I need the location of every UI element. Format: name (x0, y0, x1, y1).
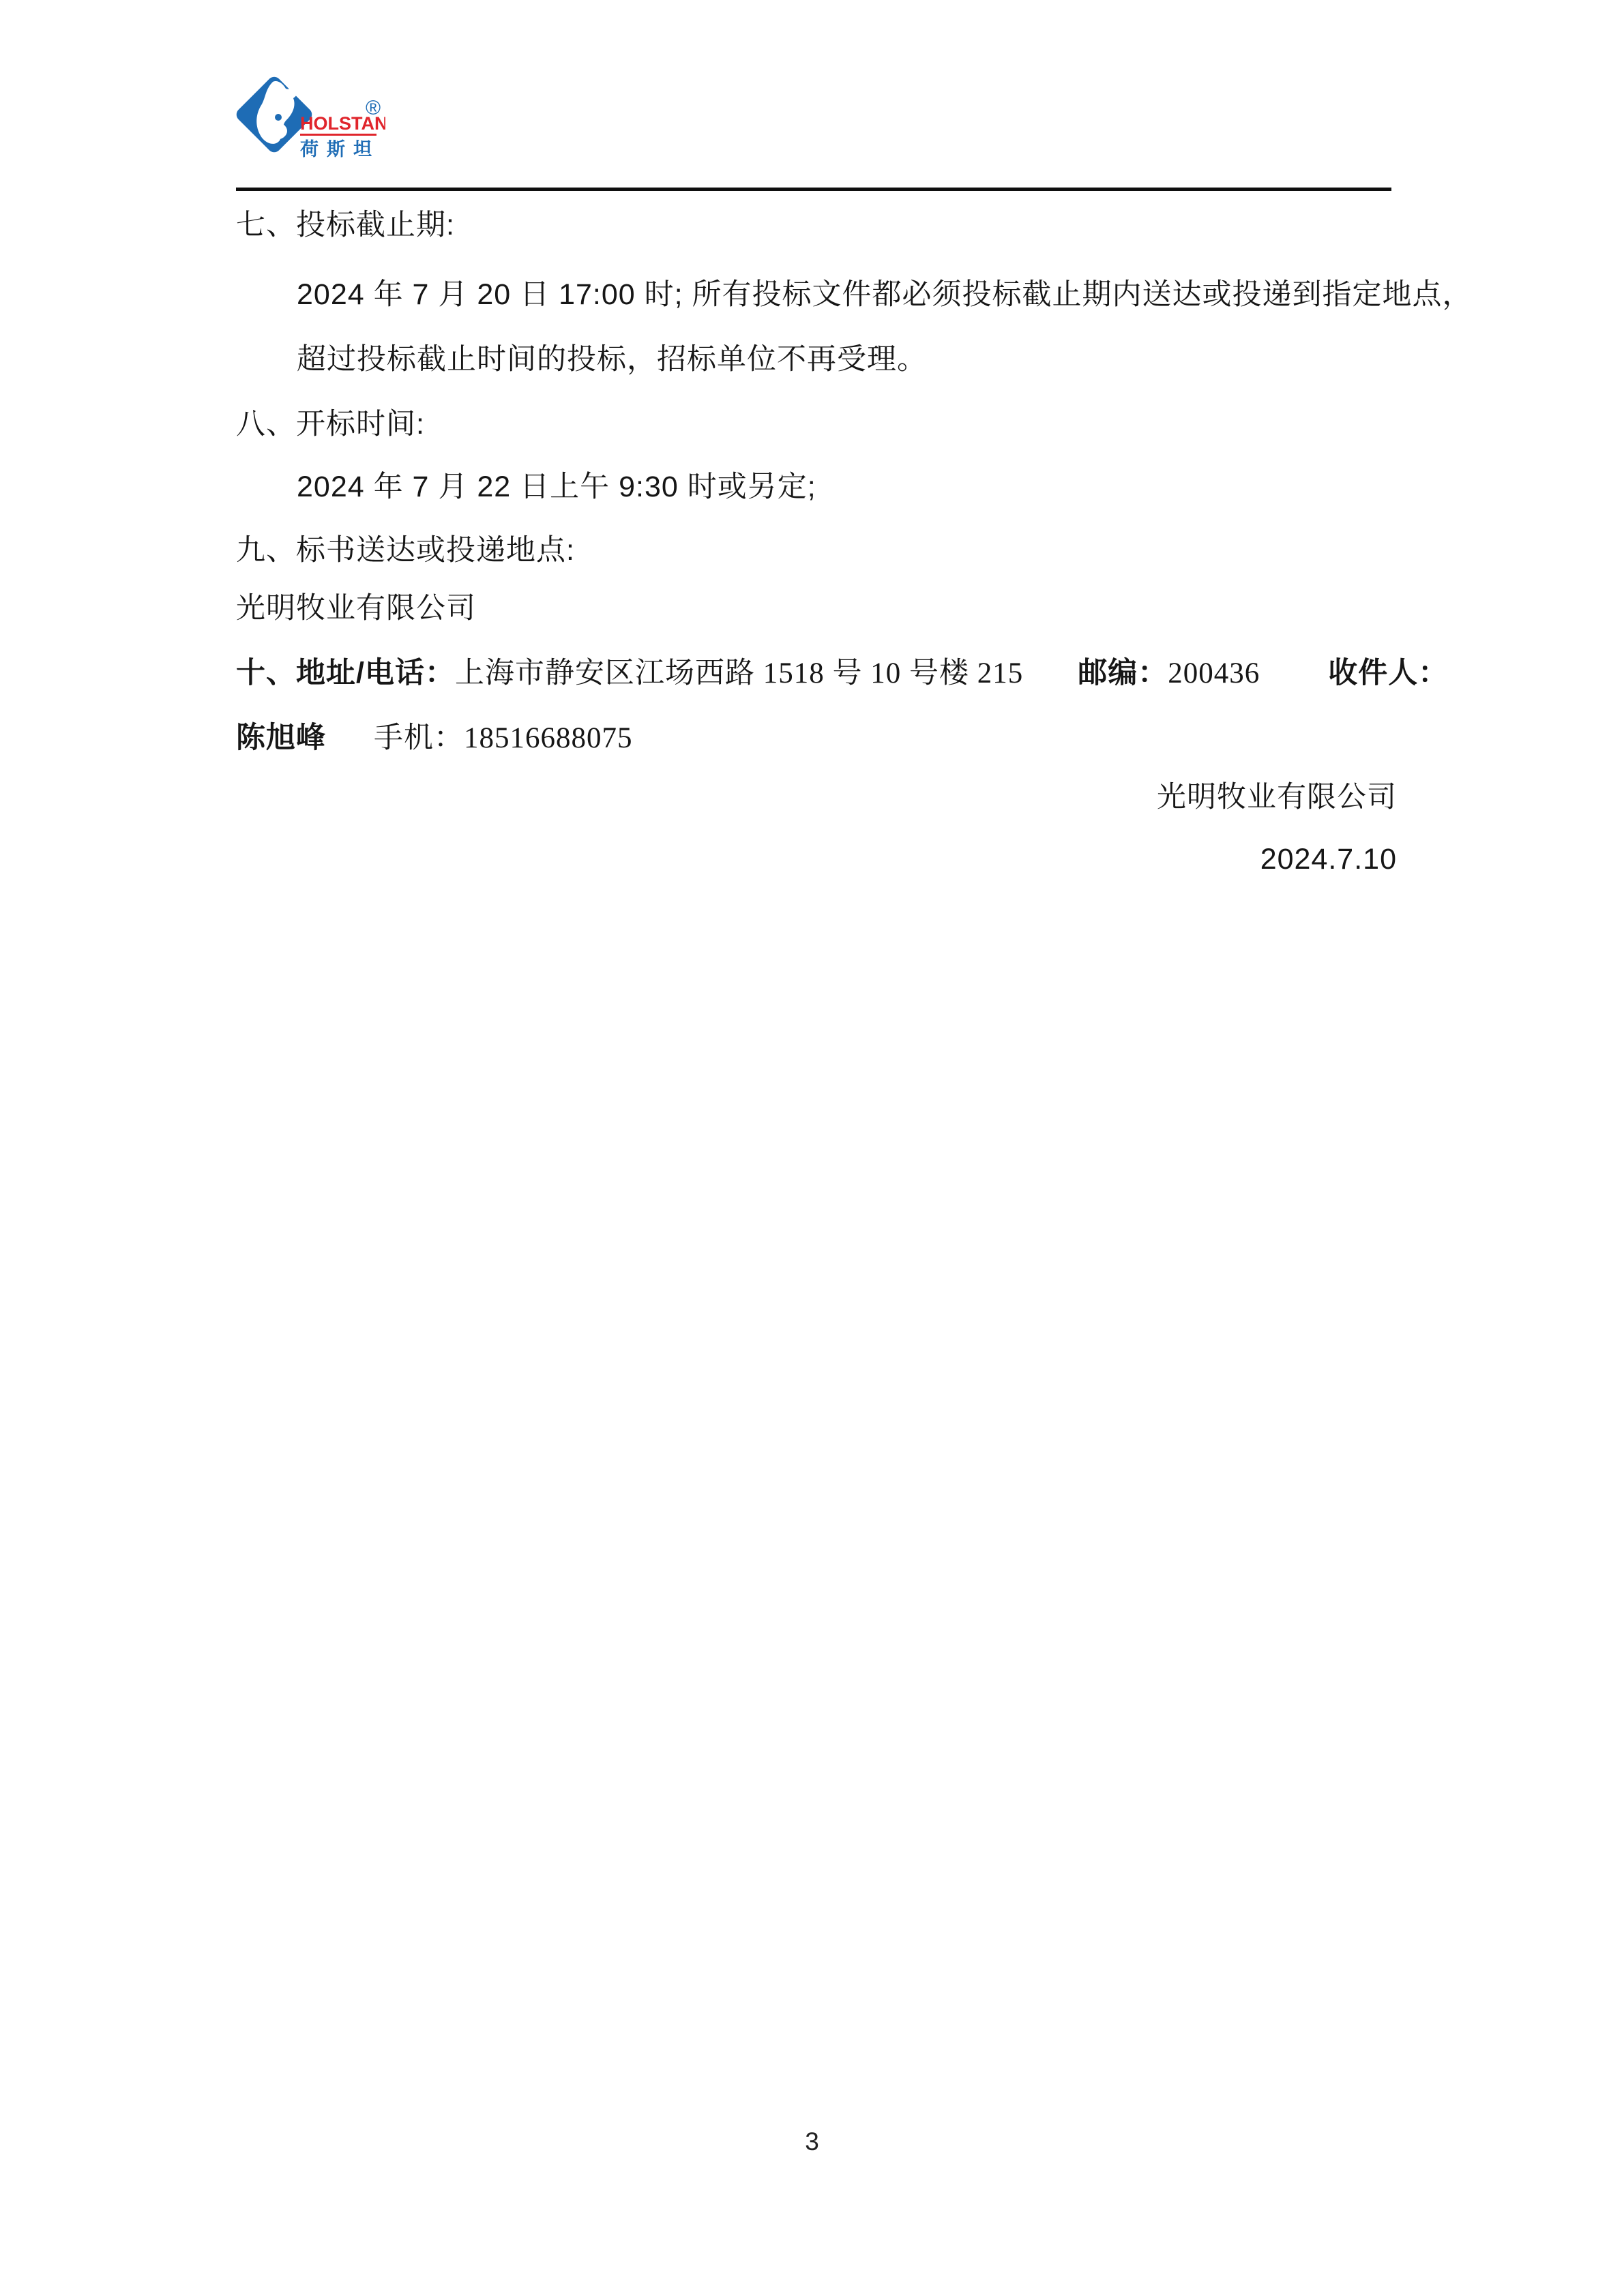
zip-label: 邮编： (1078, 657, 1168, 689)
zip-value: 200436 (1168, 657, 1260, 689)
phone-value: 18516688075 (464, 722, 633, 754)
section8-heading: 八、开标时间: (236, 405, 425, 443)
section9-company: 光明牧业有限公司 (236, 589, 476, 627)
page-number: 3 (0, 2128, 1624, 2156)
section10-address-line: 十、地址/电话：上海市静安区江场西路 1518 号 10 号楼 215邮编：20… (236, 654, 1448, 693)
section10-contact-line: 陈旭峰手机：18516688075 (236, 719, 633, 758)
section9-heading: 九、标书送达或投递地点: (236, 531, 575, 569)
contact-name: 陈旭峰 (236, 721, 326, 754)
registered-mark: ® (366, 97, 381, 119)
holstan-logo: HOLSTAN 荷斯坦 ® (232, 72, 385, 168)
section7-line2: 超过投标截止时间的投标，招标单位不再受理。 (297, 340, 927, 378)
brand-underline (300, 134, 377, 136)
recipient-label: 收件人： (1328, 657, 1448, 689)
signature-date: 2024.7.10 (1260, 840, 1397, 878)
header-divider (236, 188, 1391, 191)
section7-heading: 七、投标截止期: (236, 206, 455, 244)
phone-label: 手机： (374, 721, 464, 754)
section7-line1: 2024 年 7 月 20 日 17:00 时; 所有投标文件都必须投标截止期内… (297, 275, 1473, 314)
signature-company: 光明牧业有限公司 (1157, 778, 1397, 816)
section10-label: 十、地址/电话： (236, 657, 455, 689)
brand-cn-text: 荷斯坦 (300, 139, 380, 160)
document-page: HOLSTAN 荷斯坦 ® 七、投标截止期: 2024 年 7 月 20 日 1… (0, 0, 1624, 2296)
section10-address: 上海市静安区江场西路 1518 号 10 号楼 215 (455, 657, 1023, 689)
section8-line1: 2024 年 7 月 22 日上午 9:30 时或另定; (297, 468, 816, 506)
